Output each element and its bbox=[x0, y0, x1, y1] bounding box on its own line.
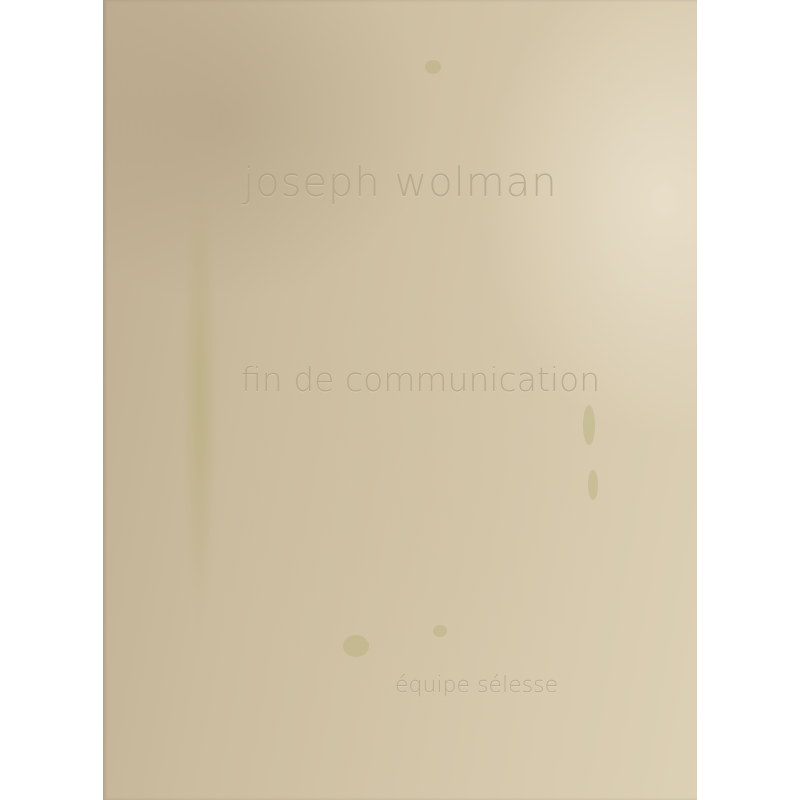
book-cover: joseph wolman fin de communication équip… bbox=[103, 0, 697, 800]
stain-spot bbox=[425, 60, 441, 74]
publisher-name: équipe sélesse bbox=[395, 673, 558, 698]
stain-spot bbox=[433, 625, 447, 637]
water-stain bbox=[175, 110, 225, 690]
book-title: fin de communication bbox=[241, 360, 600, 399]
stain-spot bbox=[588, 470, 598, 500]
stain-spot bbox=[583, 405, 595, 445]
stain-spot bbox=[343, 635, 369, 657]
author-name: joseph wolman bbox=[243, 160, 558, 206]
